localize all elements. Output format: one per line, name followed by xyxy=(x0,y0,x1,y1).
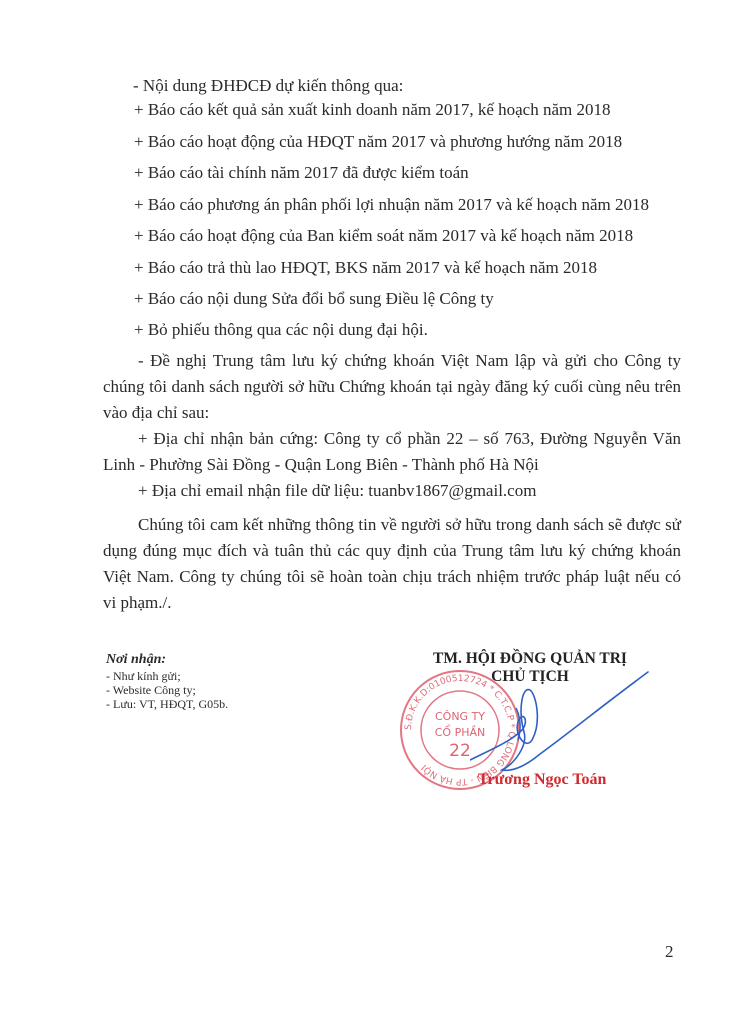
signer-name: Trương Ngọc Toán xyxy=(478,771,606,789)
recipient-item: - Website Công ty; xyxy=(106,683,196,697)
document-page: - Nội dung ĐHĐCĐ dự kiến thông qua: + Bá… xyxy=(0,0,744,1024)
agenda-item: + Bỏ phiếu thông qua các nội dung đại hộ… xyxy=(134,320,428,340)
agenda-item: + Báo cáo hoạt động của Ban kiểm soát nă… xyxy=(134,226,633,246)
agenda-item: + Báo cáo tài chính năm 2017 đã được kiể… xyxy=(134,163,469,183)
recipient-item: - Như kính gửi; xyxy=(106,669,181,683)
agenda-item: + Báo cáo kết quả sản xuất kinh doanh nă… xyxy=(134,100,611,120)
agenda-item: + Báo cáo nội dung Sửa đổi bổ sung Điều … xyxy=(134,289,494,309)
agenda-item: + Báo cáo trả thù lao HĐQT, BKS năm 2017… xyxy=(134,258,597,278)
recipients-title: Nơi nhận: xyxy=(106,652,166,668)
address-hardcopy: + Địa chỉ nhận bản cứng: Công ty cổ phần… xyxy=(103,426,681,478)
commitment-paragraph: Chúng tôi cam kết những thông tin về ngư… xyxy=(103,512,681,616)
agenda-item: + Báo cáo hoạt động của HĐQT năm 2017 và… xyxy=(134,132,622,152)
recipient-item: - Lưu: VT, HĐQT, G05b. xyxy=(106,697,228,711)
page-number: 2 xyxy=(665,942,674,962)
handwritten-signature xyxy=(470,660,650,780)
address-email: + Địa chỉ email nhận file dữ liệu: tuanb… xyxy=(138,481,536,501)
stamp-inner-line3: 22 xyxy=(449,741,471,761)
agenda-item: + Báo cáo phương án phân phối lợi nhuận … xyxy=(134,195,649,215)
agenda-heading: - Nội dung ĐHĐCĐ dự kiến thông qua: xyxy=(133,76,403,96)
request-paragraph: - Đề nghị Trung tâm lưu ký chứng khoán V… xyxy=(103,348,681,426)
